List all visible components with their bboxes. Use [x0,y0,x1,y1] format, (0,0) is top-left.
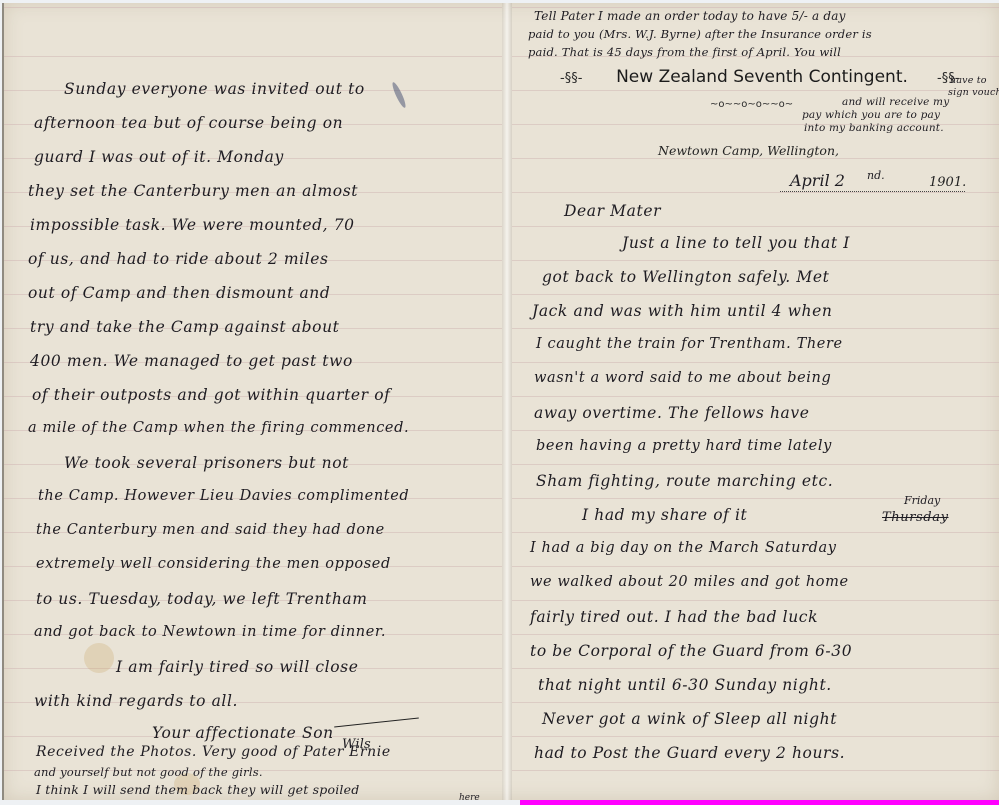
left-page: Sunday everyone was invited out to after… [4,3,502,800]
center-fold [502,3,512,800]
letter-line: try and take the Camp against about [30,318,339,336]
letter-line: had to Post the Guard every 2 hours. [534,744,845,762]
letter-line: got back to Wellington safely. Met [542,268,829,286]
postscript-line: I think I will send them back they will … [36,782,359,797]
side-note-line: pay which you are to pay [802,109,940,121]
letter-line: 400 men. We managed to get past two [30,352,353,370]
closing: Your affectionate Son [152,724,334,742]
struck-word: Thursday [882,510,949,525]
letter-line: guard I was out of it. Monday [34,148,284,166]
postscript-tail: here [459,793,480,803]
letter-line: away overtime. The fellows have [534,404,810,422]
letter-line: to us. Tuesday, today, we left Trentham [36,590,368,608]
letter-line: extremely well considering the men oppos… [36,556,391,572]
letter-line: that night until 6-30 Sunday night. [538,676,832,694]
top-note-line: paid. That is 45 days from the first of … [528,45,841,59]
letter-line: I had my share of it [582,506,747,524]
letter-line: Just a line to tell you that I [622,234,850,252]
letter-line: I had a big day on the March Saturday [530,540,837,556]
letter-line: wasn't a word said to me about being [534,370,831,386]
side-note-line: into my banking account. [804,122,944,134]
edge-strip [520,800,999,805]
letter-line: We took several prisoners but not [64,454,349,472]
letter-line: the Canterbury men and said they had don… [36,522,385,538]
letterhead-divider: ~o~~o~o~~o~ [710,99,793,110]
inserted-word: Friday [904,494,940,507]
paper-stain [84,643,114,673]
side-note-line: have to [950,75,987,86]
signature-underline [334,718,419,728]
letter-line: been having a pretty hard time lately [536,438,832,454]
letterhead-ornament-left: -§§- [560,71,582,86]
date-handwritten: April 2 [790,171,845,190]
letter-line: fairly tired out. I had the bad luck [530,608,818,626]
letter-line: they set the Canterbury men an almost [28,182,358,200]
letter-line: with kind regards to all. [34,692,238,710]
letter-line: afternoon tea but of course being on [34,114,343,132]
letter-sheet: Sunday everyone was invited out to after… [2,3,999,800]
side-note-line: sign voucher [948,87,999,98]
letterhead-title: New Zealand Seventh Contingent. [592,67,932,87]
letter-line: and got back to Newtown in time for dinn… [34,624,386,640]
letter-line: Sham fighting, route marching etc. [536,472,833,490]
letter-line: I caught the train for Trentham. There [536,336,843,352]
right-page: Tell Pater I made an order today to have… [512,3,999,800]
letter-line: Jack and was with him until 4 when [532,302,832,320]
letter-line: out of Camp and then dismount and [28,284,330,302]
letter-line: I am fairly tired so will close [116,658,359,676]
side-note-line: and will receive my [842,96,949,108]
letter-line: a mile of the Camp when the firing comme… [28,420,409,436]
top-note-line: Tell Pater I made an order today to have… [534,9,846,23]
letter-line: impossible task. We were mounted, 70 [30,216,355,234]
postscript-line: Received the Photos. Very good of Pater … [36,744,391,760]
date-suffix: nd. [867,169,885,182]
ink-blot [390,81,407,109]
letter-line: of their outposts and got within quarter… [32,386,390,404]
postscript-line: and yourself but not good of the girls. [34,765,263,779]
letter-line: Sunday everyone was invited out to [64,80,365,98]
letter-line: we walked about 20 miles and got home [530,574,849,590]
salutation: Dear Mater [564,202,661,220]
letterhead-address: Newtown Camp, Wellington, [658,143,839,158]
date-year: 1901. [929,175,966,190]
letter-line: to be Corporal of the Guard from 6-30 [530,642,852,660]
letter-line: the Camp. However Lieu Davies compliment… [38,488,409,504]
letter-line: Never got a wink of Sleep all night [542,710,837,728]
letter-line: of us, and had to ride about 2 miles [28,250,329,268]
top-note-line: paid to you (Mrs. W.J. Byrne) after the … [528,27,872,41]
